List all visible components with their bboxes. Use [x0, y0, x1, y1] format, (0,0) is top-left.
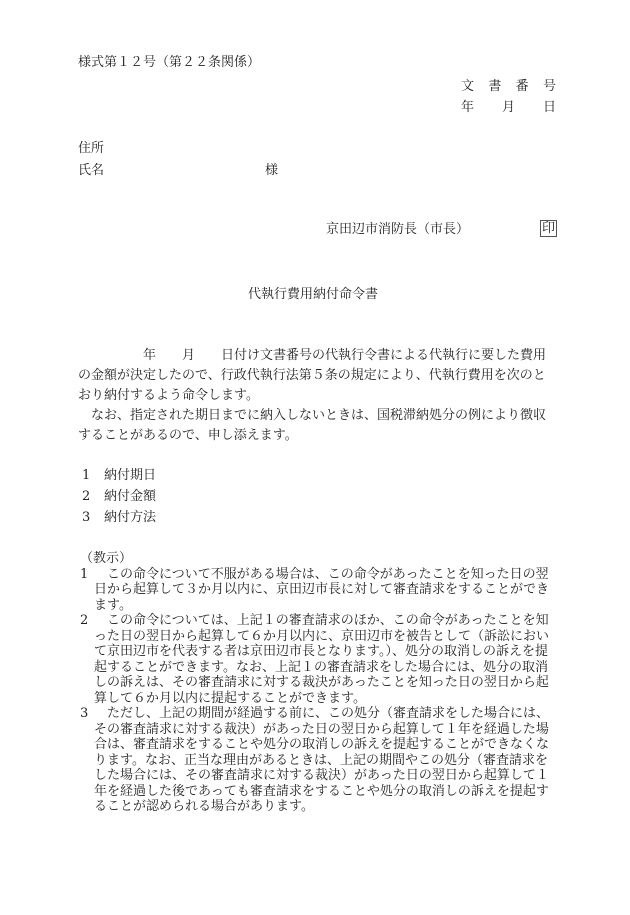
notice-heading: （教示） — [80, 551, 560, 567]
list-item: 3 納付方法 — [82, 507, 156, 528]
body-paragraph: なお、指定された期日までに納入しないときは、国税滞納処分の例により徴収することが… — [78, 406, 558, 446]
date-day: 日 — [543, 101, 556, 114]
notice-item: 2 この命令については、上記１の審査請求のほか、この命令があったことを知った日の… — [80, 613, 560, 706]
body-text: 年 月 日付け文書番号の代執行令書による代執行に要した費用の金額が決定したので、… — [78, 346, 558, 446]
form-number: 様式第１２号（第２２条関係） — [78, 56, 260, 69]
notice-item: 3 ただし、上記の期間が経過する前に、この処分（審査請求をした場合には、その審査… — [80, 706, 560, 815]
doc-number-char: 号 — [543, 80, 556, 93]
honorific: 様 — [265, 164, 278, 177]
list-item: 2 納付金額 — [82, 486, 156, 507]
notice-section: （教示） 1 この命令について不服がある場合は、この命令があったことを知った日の… — [80, 551, 560, 815]
items-list: 1 納付期日 2 納付金額 3 納付方法 — [82, 465, 156, 528]
name-label: 氏名 — [78, 164, 104, 177]
document-number-label: 文 書 番 号 — [461, 80, 556, 93]
seal-mark: 印 — [540, 220, 557, 237]
doc-number-char: 文 — [461, 80, 474, 93]
list-item: 1 納付期日 — [82, 465, 156, 486]
address-label: 住所 — [78, 142, 104, 155]
document-title: 代執行費用納付命令書 — [248, 288, 378, 301]
notice-item: 1 この命令について不服がある場合は、この命令があったことを知った日の翌日から起… — [80, 567, 560, 614]
date-label: 年 月 日 — [461, 101, 556, 114]
date-year: 年 — [461, 101, 474, 114]
body-paragraph: 年 月 日付け文書番号の代執行令書による代執行に要した費用の金額が決定したので、… — [78, 346, 558, 406]
doc-number-char: 番 — [516, 80, 529, 93]
issuer-name: 京田辺市消防長（市長） — [326, 223, 469, 236]
date-month: 月 — [502, 101, 515, 114]
doc-number-char: 書 — [488, 80, 501, 93]
